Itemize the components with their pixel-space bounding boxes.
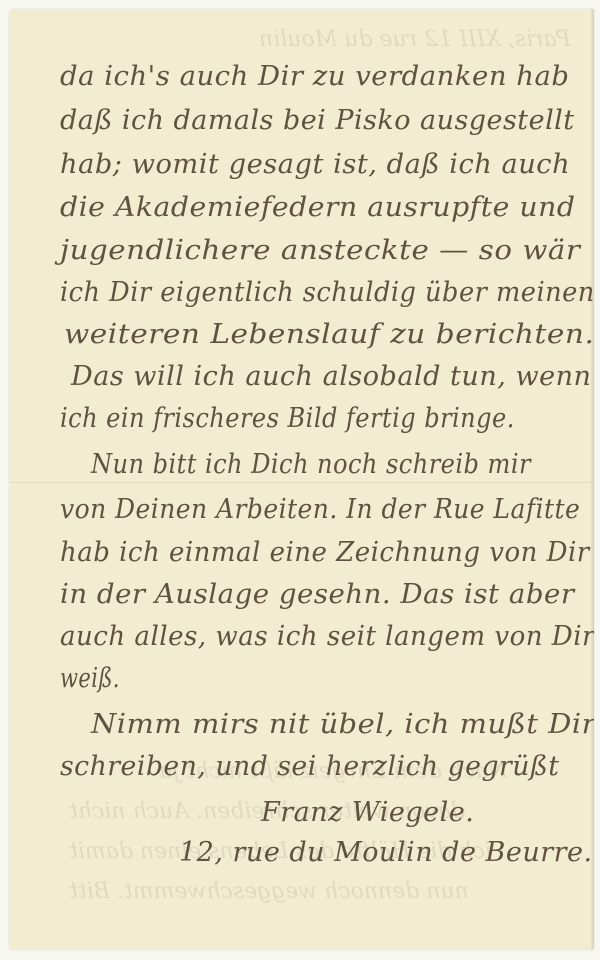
- letter-line: schreiben, und sei herzlich gegrüßt: [60, 751, 560, 782]
- sender-address: 12, rue du Moulin de Beurre.: [179, 837, 593, 868]
- letter-line: von Deinen Arbeiten. In der Rue Lafitte: [60, 494, 580, 525]
- letter-line: weiß.: [60, 663, 120, 694]
- letter-line: weiteren Lebenslauf zu berichten.: [64, 319, 594, 350]
- letter-line: daß ich damals bei Pisko ausgestellt: [60, 105, 575, 136]
- letter-line: ich ein frischeres Bild fertig bringe.: [60, 403, 515, 434]
- letter-page: Paris, XIII 12 rue du Moulin Nach dem Eh…: [9, 9, 594, 950]
- letter-line: ich Dir eigentlich schuldig über meinen: [60, 277, 594, 308]
- signature: Franz Wiegele.: [261, 797, 474, 828]
- letter-line: hab; womit gesagt ist, daß ich auch: [60, 149, 570, 180]
- letter-line: auch alles, was ich seit langem von Dir: [60, 621, 594, 652]
- letter-line: Nun bitt ich Dich noch schreib mir: [91, 449, 531, 480]
- letter-line: in der Auslage gesehn. Das ist aber: [60, 579, 575, 610]
- page-edge: [591, 9, 594, 950]
- letter-line: Das will ich auch alsobald tun, wenn: [71, 361, 591, 392]
- letter-line: jugendlichere ansteckte — so wär: [60, 235, 580, 266]
- bleed-through-text: nun dennoch weggeschwemmt. Bitt: [69, 879, 469, 904]
- letter-line: Nimm mirs nit übel, ich mußt Dir: [91, 709, 594, 740]
- paper-fold-line: [9, 482, 594, 484]
- letter-line: hab ich einmal eine Zeichnung von Dir: [60, 537, 590, 568]
- letter-line: die Akademiefedern ausrupfte und: [60, 192, 575, 223]
- letter-line: da ich's auch Dir zu verdanken hab: [60, 61, 570, 92]
- bleed-through-text: Paris, XIII 12 rue du Moulin: [259, 27, 571, 52]
